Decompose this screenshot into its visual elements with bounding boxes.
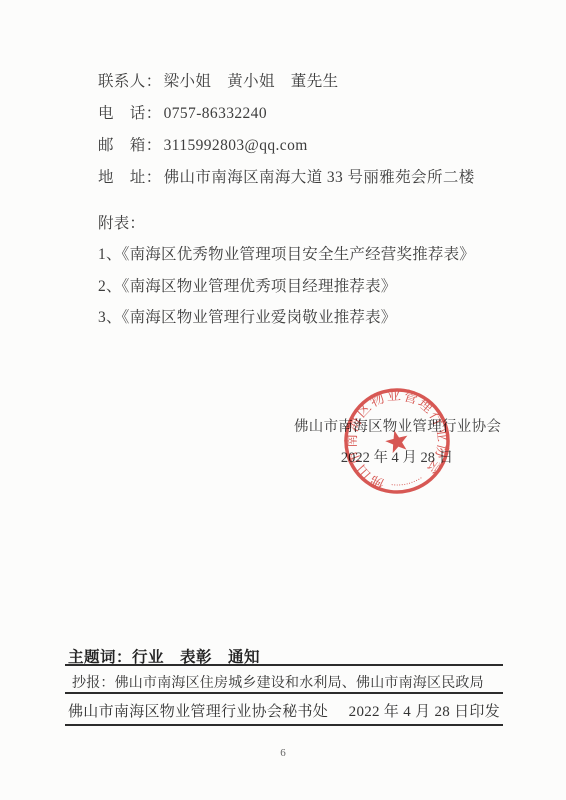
contact-person-row: 联系人：梁小姐 黄小姐 董先生 xyxy=(98,72,339,92)
document-page: 联系人：梁小姐 黄小姐 董先生 电 话：0757-86332240 邮 箱：31… xyxy=(0,0,566,800)
attachment-item: 1、《南海区优秀物业管理项目安全生产经营奖推荐表》 xyxy=(98,245,475,265)
page-number: 6 xyxy=(0,747,566,759)
attachments-heading: 附表： xyxy=(98,214,145,234)
print-date: 2022 年 4 月 28 日印发 xyxy=(349,700,500,721)
issuer-office: 佛山市南海区物业管理行业协会秘书处 xyxy=(68,700,328,721)
issuer-row: 佛山市南海区物业管理行业协会秘书处 2022 年 4 月 28 日印发 xyxy=(68,700,500,721)
contact-address-label: 地 址： xyxy=(98,169,162,186)
footer-divider xyxy=(65,664,503,666)
contact-phone-label: 电 话： xyxy=(98,105,162,122)
contact-phone-value: 0757-86332240 xyxy=(164,105,267,122)
contact-email-value: 3115992803@qq.com xyxy=(164,137,308,154)
cc-label: 抄报： xyxy=(72,676,115,691)
contact-email-row: 邮 箱：3115992803@qq.com xyxy=(98,136,308,156)
contact-email-label: 邮 箱： xyxy=(98,137,162,154)
attachment-item: 3、《南海区物业管理行业爱岗敬业推荐表》 xyxy=(98,308,397,328)
footer-divider xyxy=(65,692,503,694)
attachment-item: 2、《南海区物业管理优秀项目经理推荐表》 xyxy=(98,277,397,297)
contact-phone-row: 电 话：0757-86332240 xyxy=(98,104,267,124)
contact-person-value: 梁小姐 黄小姐 董先生 xyxy=(164,73,339,90)
cc-row: 抄报：佛山市南海区住房城乡建设和水利局、佛山市南海区民政局 xyxy=(72,672,484,692)
contact-address-value: 佛山市南海区南海大道 33 号丽雅苑会所二楼 xyxy=(164,169,475,186)
seal-star-icon xyxy=(383,428,410,455)
cc-value: 佛山市南海区住房城乡建设和水利局、佛山市南海区民政局 xyxy=(115,676,484,691)
contact-address-row: 地 址：佛山市南海区南海大道 33 号丽雅苑会所二楼 xyxy=(98,168,475,188)
official-seal-stamp-icon: 佛山市南海区物业管理行业协会 ••••••••••••• xyxy=(328,372,466,510)
footer-divider xyxy=(65,724,503,726)
contact-person-label: 联系人： xyxy=(98,73,162,90)
